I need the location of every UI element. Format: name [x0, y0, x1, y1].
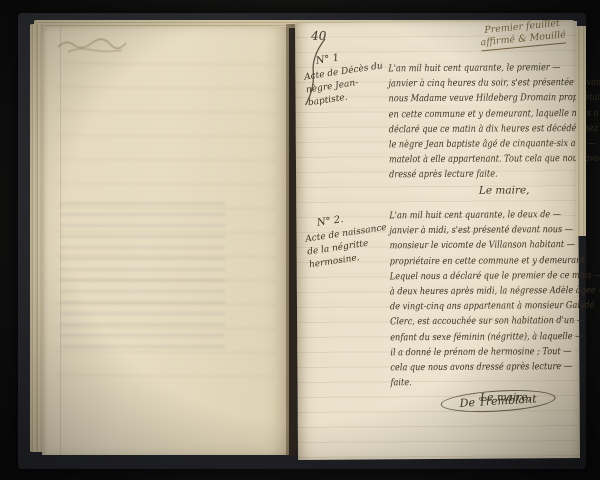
body-line: le nègre Jean baptiste âgé de cinquante-…	[389, 136, 553, 152]
scanned-register-photo: 40 Premier feuillet affirmé & Mouillé N°…	[0, 0, 600, 480]
body-line: dressé après lecture faite.	[389, 167, 553, 183]
mayor-signature: De Tremblant	[416, 389, 581, 412]
body-line: nous Madame veuve Hildeberg Dromain prop…	[388, 91, 552, 107]
body-line: faite.	[390, 374, 554, 390]
faint-scribble	[54, 35, 144, 57]
body-line: cela que nous avons dressé après lecture…	[390, 359, 554, 375]
signature-flourish: De Tremblant	[440, 387, 556, 415]
body-line: monsieur le vicomte de Villanson habitan…	[390, 238, 554, 254]
closing-le-maire: Le maire,	[429, 184, 579, 197]
body-line: propriétaire en cette commune et y demeu…	[390, 253, 554, 269]
left-page	[42, 27, 289, 455]
body-line: janvier à midi, s'est présenté devant no…	[389, 222, 553, 238]
act-2-body: L'an mil huit cent quarante, le deux de …	[389, 207, 580, 405]
body-line: il a donné le prénom de hermosine ; Tout…	[390, 344, 554, 360]
body-line: janvier à cinq heures du soir, s'est pré…	[388, 75, 552, 91]
page-stack-edge-right	[576, 26, 586, 236]
body-line: en cette commune et y demeurant, laquell…	[389, 106, 553, 122]
body-line: L'an mil huit cent quarante, le deux de …	[389, 207, 553, 223]
right-page: 40 Premier feuillet affirmé & Mouillé N°…	[295, 21, 580, 460]
body-line: matelot à elle appartenant. Tout cela qu…	[389, 151, 553, 167]
body-line: déclaré que ce matin à dix heures est dé…	[389, 121, 553, 137]
body-line: enfant du sexe féminin (négritte), à laq…	[390, 329, 554, 345]
body-line: à deux heures après midi, la négresse Ad…	[390, 283, 554, 299]
body-line: de vingt-cinq ans appartenant à monsieur…	[390, 298, 554, 314]
body-line: Clerc, est accouchée sur son habitation …	[390, 314, 554, 330]
act-1-body: L'an mil huit cent quarante, le premier …	[388, 60, 579, 197]
bleed-through-printed-text	[60, 202, 225, 352]
body-line: L'an mil huit cent quarante, le premier …	[388, 60, 552, 76]
body-line: Lequel nous a déclaré que le premier de …	[390, 268, 554, 284]
